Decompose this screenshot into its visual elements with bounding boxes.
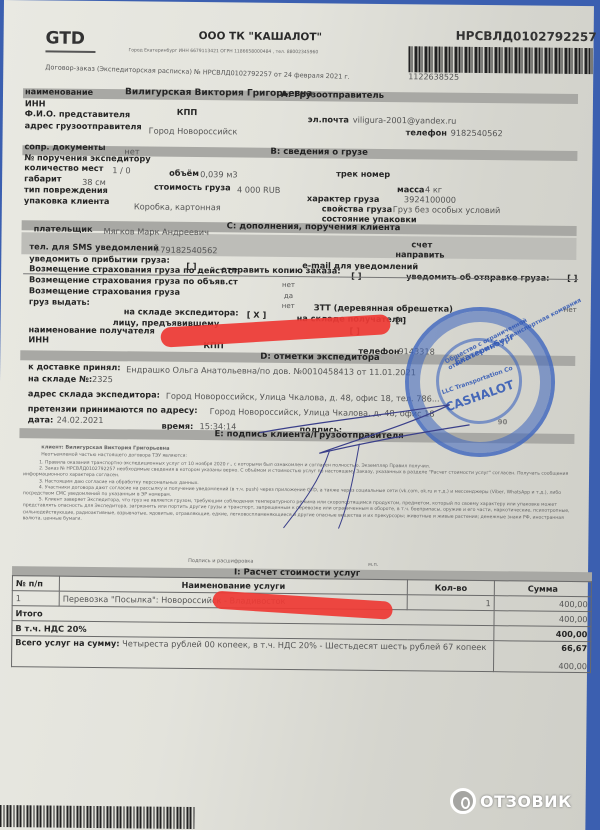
barcode-icon [408,46,593,74]
sms-label: тел. для SMS уведомлений [29,241,159,252]
sms-value: +79182540562 [153,245,217,256]
sender-email-label: эл.почта [308,114,349,124]
col-qty-header: Кол-во [407,580,494,596]
total-value: 400,00 [494,611,591,627]
nature-value: 3924100000 [404,194,456,205]
company-details: Город Екатеринбург ИНН 6679113421 ОГРН 1… [128,48,318,55]
sender-email-value: viligura-2001@yandex.ru [353,115,457,126]
grand-label: Всего услуг на сумму: [15,637,119,648]
pack-label: упаковка клиента [24,195,110,206]
contract-line: Договор-заказ (Экспедиторская расписка) … [45,63,350,81]
cost-value: 4 000 RUB [237,184,280,194]
send-copy-label: отправить копию заказа: [221,264,341,275]
bottom-barcode-icon [0,805,195,829]
company-name: ООО ТК "КАШАЛОТ" [199,30,323,43]
col-num-header: № п/п [12,576,59,591]
gtd-logo: GTD [45,28,85,48]
docs-label: сопр. документы [24,141,105,152]
sender-name-label: наименование [25,86,93,97]
sender-phone-value: 9182540562 [451,128,503,139]
logo-underline [45,50,95,53]
barcode-number: 1122638525 [408,72,459,82]
sender-inn-label: ИНН [25,98,46,108]
sender-name-value: Вилигурская Виктория Григорьевна [125,87,313,99]
damage-label: тип повреждения [24,184,108,195]
accepted-value: Ендрашко Ольга Анатольевна/по дов. №0010… [126,364,416,377]
insurance-label: Возмещение страхования груза [29,285,180,297]
forwarder-address-label: адрес склада экспедитора: [28,388,160,399]
payer-value: Мягков Марк Андреевич [104,226,209,237]
terms-intro: Неотъемлемой частью настоящего договора … [41,452,187,460]
invoice-label: счет [411,239,432,249]
row-qty: 1 [407,595,494,611]
sender-phone-label: телефон [406,127,447,137]
sender-kpp-label: КПП [177,107,198,117]
signature-caption: Подпись и расшифровка [188,558,253,565]
at-forwarder-label: на складе экспедитора: [124,306,239,317]
grand-row: Всего услуг на сумму: Четыреста рублей 0… [12,636,591,673]
otzovik-logo-icon [450,788,476,814]
claims-label: претензии принимаются по адресу: [28,403,198,415]
volume-label: объём [169,168,199,178]
accepted-label: к доставке принял: [28,361,120,372]
row-sum: 400,00 [494,596,591,612]
crate-label: ЗТТ (деревянная обрешетка) [314,302,453,313]
warehouse-value: 2325 [92,374,113,384]
grand-cell: Всего услуг на сумму: Четыреста рублей 0… [12,636,494,672]
insurance-actual-value: нет [282,281,295,289]
insurance-declared-value: да [284,292,293,300]
send-label: направить [395,249,444,260]
mass-label: масса [397,184,425,194]
warehouse-label: на складе №: [28,373,92,384]
otzovik-watermark: ОТЗОВИК [450,788,572,814]
row-num: 1 [12,591,59,606]
places-label: количество мест [24,162,103,173]
payer-label: плательщик [34,223,93,234]
volume-value: 0,039 м3 [200,169,238,179]
col-sum-header: Сумма [494,581,591,597]
waybill-document: GTD ООО ТК "КАШАЛОТ" Город Екатеринбург … [0,0,594,830]
otzovik-brand: ОТЗОВИК [480,792,572,811]
date-value: 24.02.2021 [57,415,104,425]
grand-text: Четыреста рублей 00 копеек, в т.ч. НДС 2… [122,638,486,652]
track-label: трек номер [336,168,390,179]
size-label: габарит [24,173,61,183]
sender-address-value: Город Новороссийск [149,126,238,137]
pack-value: Коробка, картонная [134,201,221,212]
seal-caption: м.п. [368,562,378,568]
sender-rep-label: Ф.И.О. представителя [25,108,130,119]
signature-icon [238,382,480,535]
nature-label: характер груза [307,193,380,204]
grand-value: 400,00 [497,660,587,671]
at-forwarder-checkbox[interactable]: [ X ] [247,310,267,320]
insurance-value: нет [282,302,295,310]
at-receiver-checkbox[interactable]: [ ] [396,315,406,325]
client-line: клиент: Вилигурская Виктория Григорьевна [41,444,169,452]
stamp-number: 90 [498,418,508,426]
receiver-inn-label: ИНН [28,334,49,344]
cost-label: стоимость груза [154,182,231,193]
section-d-title: D: отметки экспедитора [260,352,380,363]
release-label: груз выдать: [29,296,90,307]
section-c-title: C: дополнения, поручения клиента [227,221,401,233]
vat-value: 400,00 [494,626,591,642]
places-value: 1 / 0 [112,165,130,175]
section-b-title: B: сведения о грузе [270,147,368,158]
grand-values: 66,67 400,00 [493,641,590,673]
vat-amount: 66,67 [497,642,587,653]
sender-address-label: адрес грузоотправителя [25,120,142,131]
date-label: дата: [28,414,54,424]
services-table: № п/п Наименование услуги Кол-во Сумма 1… [11,575,592,673]
document-number: НРСВЛД0102792257 [456,29,597,44]
mass-value: 4 кг [425,184,442,194]
